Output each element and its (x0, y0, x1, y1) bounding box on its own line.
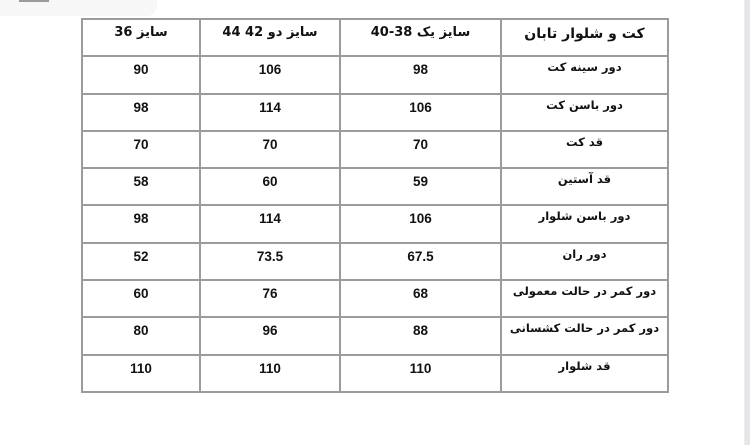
table-title: کت و شلوار تابان (501, 19, 668, 56)
cell-size-1: 106 (340, 205, 501, 242)
row-label: قد شلوار (501, 355, 668, 392)
cell-size-1: 110 (340, 355, 501, 392)
size-chart-table: سایز 36 سایز دو 42 44 سایز یک 38-40 کت و… (81, 18, 669, 393)
table-row: 60 76 68 دور کمر در حالت معمولی (82, 280, 668, 317)
table-row: 98 114 106 دور باسن کت (82, 94, 668, 131)
row-label: دور سینه کت (501, 56, 668, 93)
cell-size-36: 52 (82, 243, 200, 280)
cell-size-2: 114 (200, 94, 340, 131)
toolbar-handle (19, 0, 49, 2)
cell-size-2: 96 (200, 317, 340, 354)
cell-size-2: 60 (200, 168, 340, 205)
table-row: 70 70 70 قد کت (82, 131, 668, 168)
cell-size-36: 98 (82, 94, 200, 131)
cell-size-2: 73.5 (200, 243, 340, 280)
row-label: قد آستین (501, 168, 668, 205)
cell-size-36: 58 (82, 168, 200, 205)
table-row: 98 114 106 دور باسن شلوار (82, 205, 668, 242)
row-label: دور کمر در حالت معمولی (501, 280, 668, 317)
cell-size-1: 59 (340, 168, 501, 205)
table-header-row: سایز 36 سایز دو 42 44 سایز یک 38-40 کت و… (82, 19, 668, 56)
table-row: 80 96 88 دور کمر در حالت کشسانی (82, 317, 668, 354)
row-label: دور باسن کت (501, 94, 668, 131)
cell-size-36: 60 (82, 280, 200, 317)
column-header-size-2: سایز دو 42 44 (200, 19, 340, 56)
cell-size-2: 76 (200, 280, 340, 317)
cell-size-2: 114 (200, 205, 340, 242)
cell-size-36: 80 (82, 317, 200, 354)
cell-size-1: 98 (340, 56, 501, 93)
cell-size-2: 110 (200, 355, 340, 392)
document-page: سایز 36 سایز دو 42 44 سایز یک 38-40 کت و… (0, 0, 750, 445)
cell-size-1: 67.5 (340, 243, 501, 280)
cell-size-1: 70 (340, 131, 501, 168)
row-label: دور باسن شلوار (501, 205, 668, 242)
top-toolbar-fragment (0, 0, 157, 16)
cell-size-36: 90 (82, 56, 200, 93)
cell-size-1: 106 (340, 94, 501, 131)
cell-size-1: 88 (340, 317, 501, 354)
table-row: 90 106 98 دور سینه کت (82, 56, 668, 93)
cell-size-2: 106 (200, 56, 340, 93)
column-header-size-1: سایز یک 38-40 (340, 19, 501, 56)
cell-size-36: 98 (82, 205, 200, 242)
cell-size-2: 70 (200, 131, 340, 168)
cell-size-1: 68 (340, 280, 501, 317)
cell-size-36: 70 (82, 131, 200, 168)
row-label: قد کت (501, 131, 668, 168)
cell-size-36: 110 (82, 355, 200, 392)
table-row: 58 60 59 قد آستین (82, 168, 668, 205)
scrollbar-track[interactable] (744, 0, 750, 445)
row-label: دور ران (501, 243, 668, 280)
row-label: دور کمر در حالت کشسانی (501, 317, 668, 354)
table-row: 110 110 110 قد شلوار (82, 355, 668, 392)
column-header-size-36: سایز 36 (82, 19, 200, 56)
table-row: 52 73.5 67.5 دور ران (82, 243, 668, 280)
